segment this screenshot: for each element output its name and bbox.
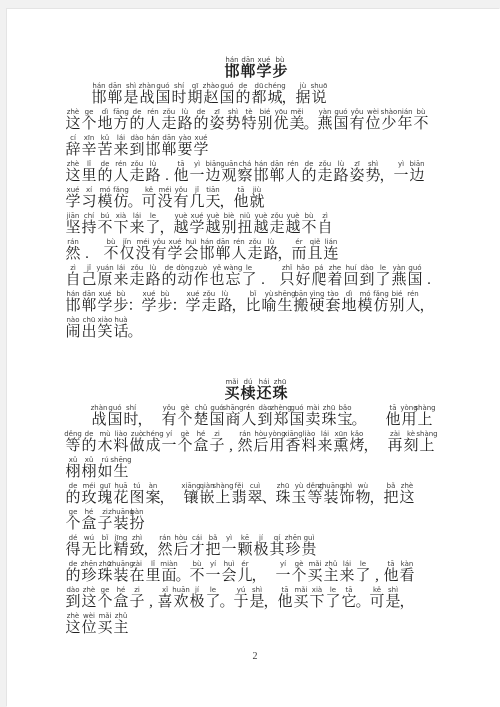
pinyin-annotation: bān: [294, 290, 307, 298]
char-cell: lái来: [317, 430, 333, 455]
pinyin-annotation: zǒu: [203, 290, 215, 298]
pinyin-annotation: xué: [187, 290, 200, 298]
punct-cell: ，: [161, 212, 173, 237]
pinyin-annotation: bù: [305, 212, 314, 220]
pinyin-annotation: chí: [84, 212, 94, 220]
punct-cell: ，: [139, 404, 151, 429]
hanzi-char: .: [165, 168, 169, 185]
hanzi-char: 燕: [391, 272, 406, 289]
pinyin-annotation: bàn: [130, 508, 143, 516]
hanzi-char: 而: [291, 246, 306, 263]
hanzi-char: 来: [339, 568, 354, 585]
pinyin-annotation: yǒu: [351, 108, 364, 116]
char-cell: le了: [375, 264, 391, 289]
hanzi-char: 了: [325, 594, 340, 611]
hanzi-char: 有: [349, 116, 364, 133]
hanzi-char: 珠: [321, 412, 336, 429]
pinyin-annotation: ge: [101, 586, 110, 594]
pinyin-annotation: tā: [389, 404, 396, 412]
pinyin-annotation: rán: [159, 534, 171, 542]
char-cell: fāng方: [113, 108, 129, 133]
char-cell: shì势: [225, 108, 241, 133]
char-cell: fěi翡: [231, 482, 247, 507]
hanzi-char: 盒: [81, 516, 96, 533]
pinyin-annotation: bù: [417, 108, 426, 116]
char-cell: hán邯: [91, 82, 107, 107]
hanzi-char: 出: [81, 324, 96, 341]
char-cell: zi子: [209, 430, 225, 455]
pinyin-annotation: guó: [156, 82, 169, 90]
hanzi-char: 察: [237, 168, 252, 185]
pinyin-annotation: dān: [82, 290, 95, 298]
hanzi-char: 用: [401, 412, 416, 429]
char-cell: gè个: [291, 560, 307, 585]
hanzi-char: 喻: [261, 298, 276, 315]
char-cell: wú无: [81, 534, 97, 559]
char-cell: wàng忘: [225, 264, 241, 289]
char-cell: dào到: [129, 134, 145, 159]
char-cell: rán然: [157, 534, 173, 559]
char-cell: wèi位: [365, 108, 381, 133]
hanzi-char: 颗: [237, 542, 252, 559]
text-line: cí辞xīn辛kǔ苦lái来dào到hán邯dān郸yào要xué学: [65, 133, 447, 159]
pinyin-annotation: yuè: [175, 212, 188, 220]
hanzi-char: 步: [157, 298, 172, 315]
scanned-page-background: { "page": { "number": "2", "background":…: [0, 0, 500, 707]
char-cell: mù木: [97, 430, 113, 455]
pinyin-annotation: xiāng: [283, 430, 302, 438]
hanzi-char: 走: [269, 220, 284, 237]
hanzi-char: 他: [383, 568, 398, 585]
char-cell: bù不: [189, 560, 205, 585]
hanzi-char: ，: [138, 412, 153, 429]
hanzi-char: 路: [333, 168, 348, 185]
pinyin-annotation: rén: [243, 404, 254, 412]
pinyin-annotation: lián: [325, 238, 338, 246]
hanzi-char: 路: [217, 298, 232, 315]
text-line: zhè这ge个dì地fāng方de的rén人zǒu走lù路de的zī姿shì势t…: [65, 107, 447, 133]
char-cell: guān观: [221, 160, 237, 185]
text-line: zhè这lǐ里de的rén人zǒu走lù路.tā他yì一biān边guān观ch…: [65, 159, 447, 185]
char-cell: xué学: [185, 290, 201, 315]
char-cell: mǎi买: [97, 612, 113, 637]
hanzi-char: 别: [221, 220, 236, 237]
pinyin-annotation: de: [305, 160, 314, 168]
pinyin-annotation: hán: [146, 134, 159, 142]
hanzi-char: 欢: [173, 594, 188, 611]
char-cell: dào到: [65, 586, 81, 611]
pinyin-annotation: xǐ: [162, 586, 168, 594]
hanzi-char: 了: [241, 272, 256, 289]
pinyin-annotation: rán: [239, 430, 251, 438]
char-cell: tè特: [241, 108, 257, 133]
pinyin-annotation: lái: [117, 134, 125, 142]
pinyin-annotation: lù: [338, 160, 344, 168]
hanzi-char: 宝: [337, 412, 352, 429]
hanzi-char: 后: [253, 438, 268, 455]
hanzi-char: 郸: [240, 64, 255, 81]
hanzi-char: 不: [301, 220, 316, 237]
pinyin-annotation: kǔ: [101, 134, 110, 142]
hanzi-char: 不: [103, 246, 118, 263]
pinyin-annotation: rán: [67, 238, 79, 246]
pinyin-annotation: jiù: [253, 186, 261, 194]
hanzi-char: 得: [65, 542, 80, 559]
hanzi-char: 这: [65, 168, 80, 185]
char-cell: dì地: [97, 108, 113, 133]
char-cell: yuè越: [205, 212, 221, 237]
char-cell: zhēn珍: [81, 560, 97, 585]
hanzi-char: 木: [97, 438, 112, 455]
pinyin-annotation: lù: [182, 108, 188, 116]
hanzi-char: 卖: [305, 412, 320, 429]
hanzi-char: 邯: [65, 298, 80, 315]
hanzi-char: 熏: [333, 438, 348, 455]
char-cell: chí持: [81, 212, 97, 237]
pinyin-annotation: guó: [220, 82, 233, 90]
story-title: mǎi买dú椟hái还zhū珠: [65, 377, 447, 403]
hanzi-char: 这: [399, 490, 414, 507]
char-cell: xiāng香: [285, 430, 301, 455]
hanzi-char: 个: [177, 412, 192, 429]
char-cell: zhào赵: [203, 82, 219, 107]
punct-cell: 。: [129, 316, 141, 341]
pinyin-annotation: bù: [107, 238, 116, 246]
pinyin-annotation: zi: [134, 586, 140, 594]
hanzi-char: 用: [269, 438, 284, 455]
char-cell: ér而: [291, 238, 307, 263]
char-cell: ge个: [81, 108, 97, 133]
pinyin-annotation: zhēn: [285, 534, 302, 542]
pinyin-annotation: xià: [312, 586, 322, 594]
char-cell: lái来: [113, 134, 129, 159]
punct-cell: ，: [279, 238, 291, 263]
pinyin-annotation: shàng: [414, 404, 435, 412]
char-cell: zhǔ主: [113, 612, 129, 637]
hanzi-char: 是: [249, 594, 264, 611]
punct-cell: ,: [145, 586, 157, 611]
pinyin-annotation: wú: [84, 534, 94, 542]
char-cell: xué学: [193, 134, 209, 159]
pinyin-annotation: gè: [295, 560, 304, 568]
pinyin-annotation: méi: [158, 186, 171, 194]
punct-cell: 。: [357, 586, 369, 611]
pinyin-annotation: hé: [117, 586, 126, 594]
pinyin-annotation: kě: [373, 586, 381, 594]
char-cell: lái来: [129, 212, 145, 237]
hanzi-char: 这: [81, 594, 96, 611]
hanzi-char: 会: [183, 246, 198, 263]
pinyin-annotation: shàng: [416, 430, 437, 438]
char-cell: kàn看: [399, 560, 415, 585]
hanzi-char: 个: [177, 438, 192, 455]
pinyin-annotation: tè: [245, 108, 252, 116]
pinyin-annotation: lái: [117, 264, 125, 272]
char-cell: xiào笑: [97, 316, 113, 341]
pinyin-annotation: fǎng: [113, 186, 129, 194]
hanzi-char: 生: [277, 298, 292, 315]
pinyin-annotation: zhàn: [139, 82, 156, 90]
char-cell: zhàn战: [91, 404, 107, 429]
hanzi-char: 苦: [97, 142, 112, 159]
char-cell: dān郸: [161, 134, 177, 159]
char-cell: mài卖: [305, 404, 321, 429]
char-cell: zī姿: [209, 108, 225, 133]
pinyin-annotation: rú: [101, 456, 108, 464]
char-cell: děng等: [65, 430, 81, 455]
hanzi-char: 饰: [339, 490, 354, 507]
pinyin-annotation: lái: [133, 212, 141, 220]
hanzi-char: 再: [387, 438, 402, 455]
page-number: 2: [243, 651, 267, 662]
char-cell: yuán原: [97, 264, 113, 289]
char-cell: zhèng郑: [273, 404, 289, 429]
pinyin-annotation: bǎ: [387, 482, 396, 490]
hanzi-char: 一: [221, 542, 236, 559]
char-cell: bú不: [97, 212, 113, 237]
hanzi-char: 里: [81, 168, 96, 185]
char-cell: tā他: [173, 160, 189, 185]
hanzi-char: 学: [167, 246, 182, 263]
hanzi-char: 学: [141, 298, 156, 315]
pinyin-annotation: zi: [214, 430, 220, 438]
hanzi-char: 子: [209, 438, 224, 455]
pinyin-annotation: shēng: [110, 456, 131, 464]
pinyin-annotation: méi: [82, 482, 95, 490]
char-cell: zhū珠: [272, 378, 288, 403]
pinyin-annotation: hán: [92, 82, 105, 90]
char-cell: rén人: [241, 404, 257, 429]
char-cell: guó国: [219, 82, 235, 107]
hanzi-char: 笑: [97, 324, 112, 341]
text-line: nào闹chū出xiào笑huà话。: [65, 315, 447, 341]
char-cell: hán邯: [253, 160, 269, 185]
char-cell: le了: [325, 586, 341, 611]
hanzi-char: 于: [233, 594, 248, 611]
pinyin-annotation: dào: [130, 134, 143, 142]
char-cell: huā花: [113, 482, 129, 507]
hanzi-char: .: [427, 272, 431, 289]
char-cell: yǒu有: [151, 238, 167, 263]
char-cell: zhàn战: [139, 82, 155, 107]
pinyin-annotation: gè: [181, 430, 190, 438]
hanzi-char: 了: [145, 220, 160, 237]
hanzi-char: 路: [145, 272, 160, 289]
pinyin-annotation: le: [246, 264, 252, 272]
hanzi-char: 等: [65, 438, 80, 455]
char-cell: zhuāng装: [323, 482, 339, 507]
char-cell: zhū珠: [275, 482, 291, 507]
char-cell: guó国: [333, 108, 349, 133]
pinyin-annotation: měi: [290, 108, 303, 116]
punct-cell: ,: [371, 560, 383, 585]
char-cell: lù路: [333, 160, 349, 185]
pinyin-annotation: guó: [408, 264, 421, 272]
char-cell: zài再: [387, 430, 403, 455]
char-cell: tā他: [385, 404, 401, 429]
char-cell: kē颗: [237, 534, 253, 559]
pinyin-annotation: hòu: [254, 430, 267, 438]
char-cell: rén人: [285, 160, 301, 185]
char-cell: de的: [161, 264, 177, 289]
pinyin-annotation: rén: [115, 160, 126, 168]
pinyin-annotation: huà: [114, 316, 127, 324]
pinyin-annotation: zhū: [277, 482, 290, 490]
text-line: dé得wú无bǐ比jīng精zhì致，rán然hòu后cái才bǎ把yì一kē颗…: [65, 533, 447, 559]
hanzi-char: 来: [113, 142, 128, 159]
char-cell: bǎ把: [383, 482, 399, 507]
hanzi-char: 有: [151, 246, 166, 263]
hanzi-char: 路: [263, 246, 278, 263]
pinyin-annotation: zhào: [203, 82, 220, 90]
pinyin-annotation: hé: [197, 430, 206, 438]
char-cell: jí极: [189, 586, 205, 611]
char-cell: hé盒: [113, 586, 129, 611]
hanzi-char: 图: [129, 490, 144, 507]
hanzi-char: 嵌: [199, 490, 214, 507]
hanzi-char: 不: [413, 116, 428, 133]
story-title: hán邯dān郸xué学bù步: [65, 55, 447, 81]
char-cell: bù不: [301, 212, 317, 237]
pinyin-annotation: tā: [281, 586, 288, 594]
pinyin-annotation: chá: [239, 160, 252, 168]
pinyin-annotation: mǎi: [308, 560, 321, 568]
pinyin-annotation: dān: [162, 134, 175, 142]
hanzi-char: 人: [285, 168, 300, 185]
text-line: zhè这wèi位mǎi买zhǔ主: [65, 611, 447, 637]
hanzi-char: 成: [145, 438, 160, 455]
char-cell: lù路: [145, 160, 161, 185]
hanzi-char: 郸: [81, 298, 96, 315]
hanzi-char: 年: [397, 116, 412, 133]
pinyin-annotation: xīn: [84, 134, 95, 142]
pinyin-annotation: yàn: [319, 108, 332, 116]
pinyin-annotation: zhè: [67, 108, 79, 116]
char-cell: qí其: [269, 534, 285, 559]
char-cell: yōu优: [273, 108, 289, 133]
hanzi-char: 人: [231, 246, 246, 263]
pinyin-annotation: hòu: [174, 534, 187, 542]
hanzi-char: 辛: [81, 142, 96, 159]
char-cell: de的: [65, 482, 81, 507]
char-cell: yù玉: [291, 482, 307, 507]
hanzi-char: 上: [417, 412, 432, 429]
pinyin-annotation: jǐn: [123, 238, 131, 246]
hanzi-char: 玫: [81, 490, 96, 507]
hanzi-char: 别: [257, 116, 272, 133]
hanzi-char: 到: [129, 142, 144, 159]
pinyin-annotation: fěi: [235, 482, 244, 490]
pinyin-annotation: mǎi: [98, 612, 111, 620]
pinyin-annotation: zhǔ: [115, 612, 128, 620]
hanzi-char: 然: [237, 438, 252, 455]
pinyin-annotation: jù: [300, 82, 306, 90]
hanzi-char: 栩: [65, 464, 80, 481]
hanzi-char: 物: [355, 490, 370, 507]
char-cell: méi没: [135, 238, 151, 263]
char-cell: nián年: [397, 108, 413, 133]
char-cell: shí时: [171, 82, 187, 107]
pinyin-annotation: fǎng: [373, 290, 389, 298]
char-cell: dān郸: [269, 160, 285, 185]
char-cell: hǎo好: [295, 264, 311, 289]
hanzi-char: ,: [375, 568, 379, 585]
char-cell: yàn燕: [317, 108, 333, 133]
pinyin-annotation: huí: [346, 264, 357, 272]
pinyin-annotation: cái: [192, 534, 202, 542]
char-cell: hé盒: [193, 430, 209, 455]
pinyin-annotation: jí: [195, 586, 199, 594]
pinyin-annotation: yào: [179, 134, 192, 142]
pinyin-annotation: tào: [327, 290, 338, 298]
hanzi-char: 学: [189, 220, 204, 237]
char-cell: shāng商: [225, 404, 241, 429]
hanzi-char: 的: [81, 438, 96, 455]
pinyin-annotation: miàn: [160, 560, 178, 568]
hanzi-char: 边: [205, 168, 220, 185]
char-cell: yìng硬: [309, 290, 325, 315]
hanzi-char: 主: [323, 568, 338, 585]
char-cell: yuè越: [253, 212, 269, 237]
hanzi-char: 的: [235, 90, 250, 107]
pinyin-annotation: yǒu: [163, 404, 176, 412]
pinyin-annotation: guó: [290, 404, 303, 412]
hanzi-char: 战: [91, 412, 106, 429]
punct-cell: 。: [129, 186, 141, 211]
hanzi-char: 上: [419, 438, 434, 455]
pinyin-annotation: le: [380, 264, 386, 272]
hanzi-char: 然: [157, 542, 172, 559]
hanzi-char: 原: [97, 272, 112, 289]
pinyin-annotation: dé: [69, 534, 78, 542]
char-cell: jù据: [295, 82, 311, 107]
pinyin-annotation: yàn: [393, 264, 406, 272]
hanzi-char: 没: [157, 194, 172, 211]
hanzi-char: 子: [129, 594, 144, 611]
char-cell: xǔ栩: [81, 456, 97, 481]
hanzi-char: 话: [113, 324, 128, 341]
hanzi-char: 他: [385, 412, 400, 429]
pinyin-annotation: zǒu: [319, 160, 331, 168]
char-cell: lián连: [323, 238, 339, 263]
text-line: ge个hé盒zi子zhuāng装bàn扮: [65, 507, 447, 533]
char-cell: tào套: [325, 290, 341, 315]
document-page: hán邯dān郸xué学bù步 hán邯dān郸shì是zhàn战guó国shí…: [7, 9, 500, 707]
pinyin-annotation: cí: [70, 134, 76, 142]
char-cell: lǐ里: [145, 560, 161, 585]
char-cell: huān欢: [173, 586, 189, 611]
char-cell: dé得: [65, 534, 81, 559]
pinyin-annotation: hán: [225, 56, 238, 64]
pinyin-annotation: xué: [195, 134, 208, 142]
char-cell: guó国: [155, 82, 171, 107]
hanzi-char: 商: [225, 412, 240, 429]
pinyin-annotation: xué: [67, 186, 80, 194]
hanzi-char: 来: [317, 438, 332, 455]
pinyin-annotation: lǐ: [87, 160, 91, 168]
pinyin-annotation: zài: [390, 430, 400, 438]
pinyin-annotation: dào: [360, 264, 373, 272]
pinyin-annotation: yuè: [287, 212, 300, 220]
hanzi-char: 几: [189, 194, 204, 211]
hanzi-char: 走: [317, 168, 332, 185]
hanzi-char: 特: [241, 116, 256, 133]
pinyin-annotation: dān: [270, 160, 283, 168]
char-cell: cí辞: [65, 134, 81, 159]
pinyin-annotation: lǐ: [151, 560, 155, 568]
hanzi-char: .: [261, 272, 265, 289]
char-cell: dào到: [359, 264, 375, 289]
